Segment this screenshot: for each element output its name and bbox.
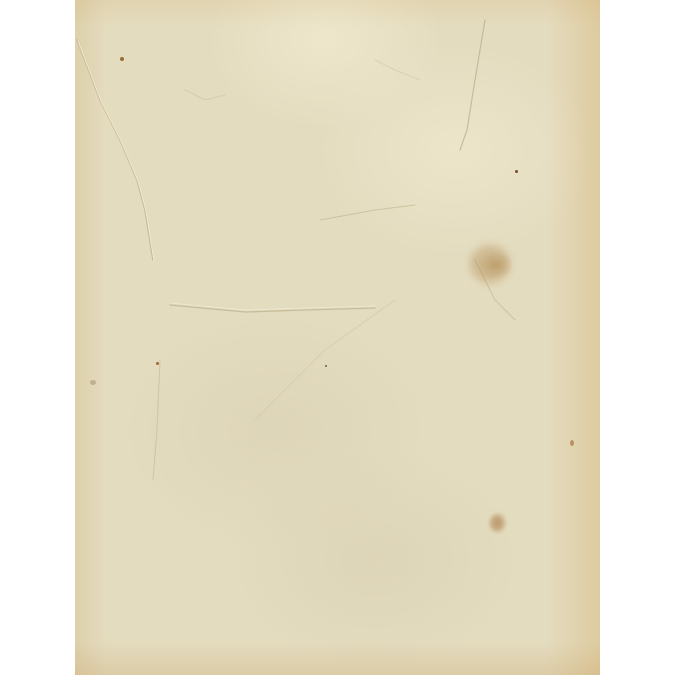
speck — [120, 57, 124, 61]
speck — [515, 170, 518, 173]
speck — [156, 362, 159, 365]
speck — [90, 380, 96, 385]
paper-creases — [75, 0, 600, 675]
aged-paper-sheet — [75, 0, 600, 675]
speck — [570, 440, 574, 446]
speck — [325, 365, 327, 367]
stain-spot — [470, 245, 510, 283]
stain-spot — [490, 515, 504, 531]
